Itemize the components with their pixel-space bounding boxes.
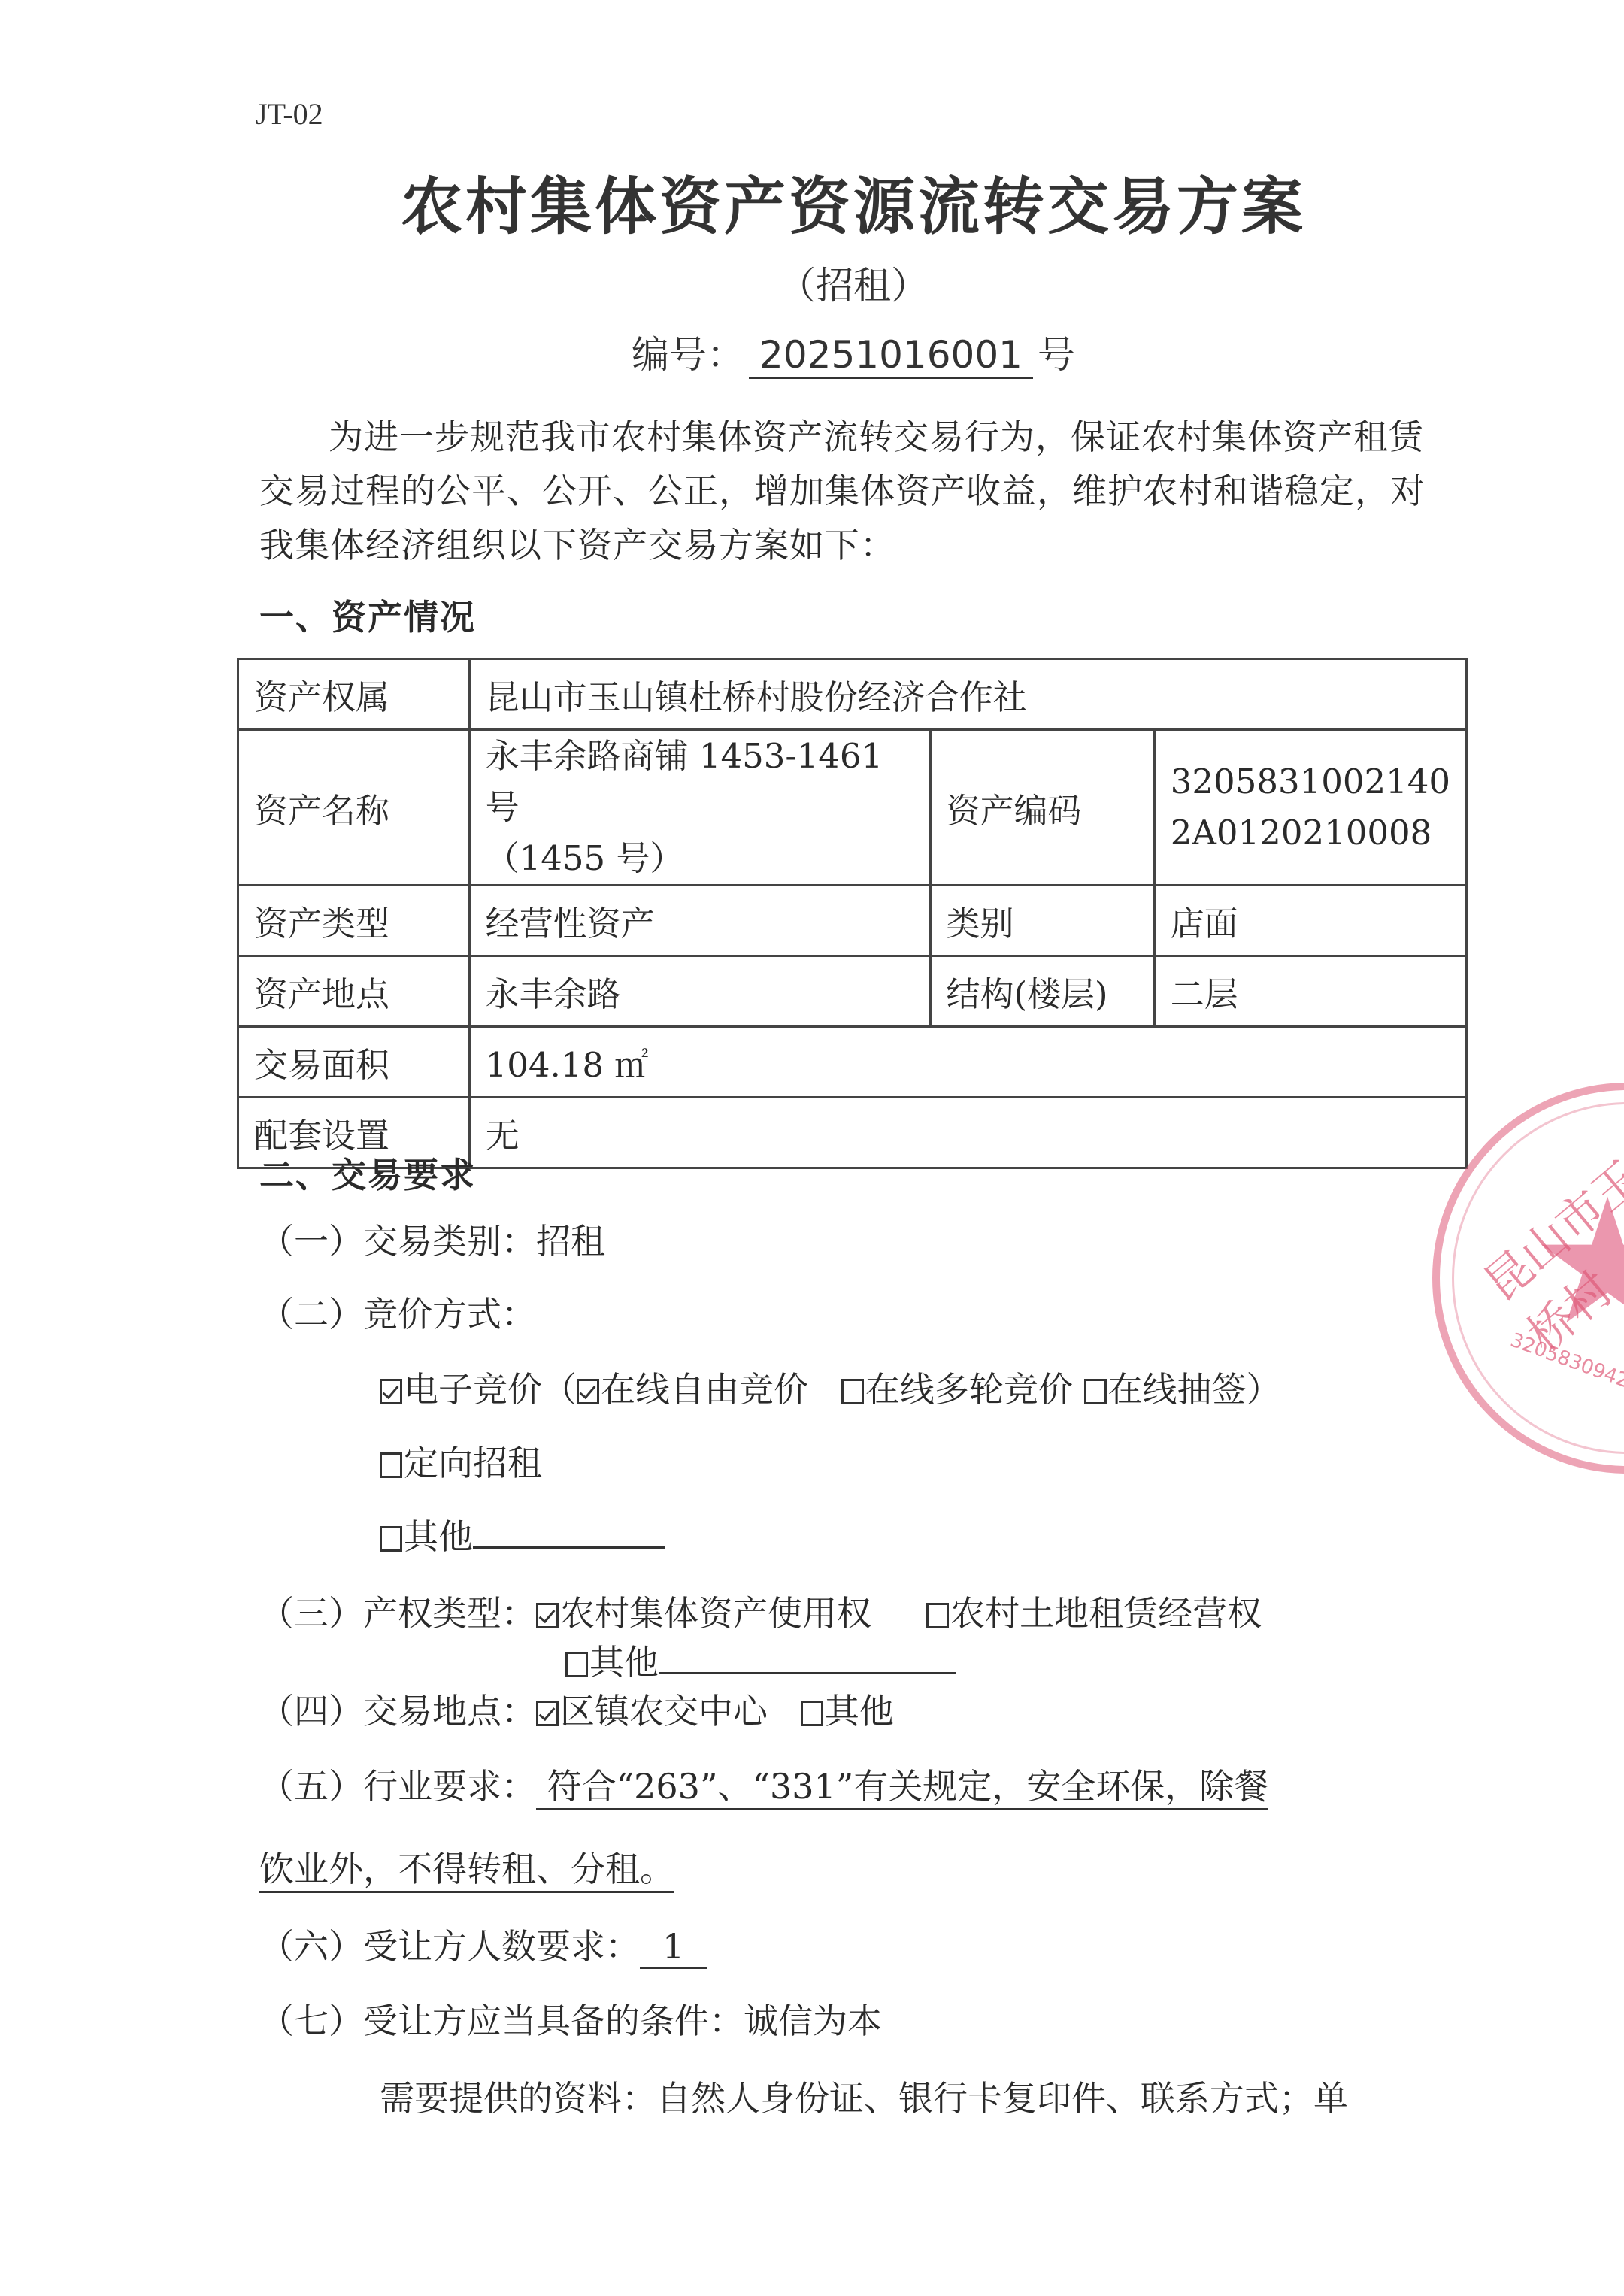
type-label: 资产类型 bbox=[238, 886, 470, 956]
section2-heading: 二、交易要求 bbox=[259, 1148, 476, 1198]
facilities-value: 无 bbox=[469, 1098, 1466, 1168]
location-value: 永丰余路 bbox=[469, 956, 930, 1027]
name-line1: 永丰余路商铺 1453-1461 号 bbox=[486, 731, 914, 833]
item7-value: 诚信为本 bbox=[744, 2001, 882, 2041]
document-title: 农村集体资产资源流转交易方案 bbox=[0, 158, 1624, 246]
intro-paragraph: 为进一步规范我市农村集体资产流转交易行为，保证农村集体资产租赁交易过程的公平、公… bbox=[259, 410, 1447, 572]
checkbox-online-free[interactable] bbox=[577, 1379, 599, 1404]
document-code: JT-02 bbox=[256, 96, 323, 132]
location-label: 资产地点 bbox=[238, 956, 470, 1027]
name-value: 永丰余路商铺 1453-1461 号 （1455 号） bbox=[469, 730, 930, 886]
item1: （一）交易类别：招租 bbox=[259, 1214, 605, 1264]
checkbox-electronic[interactable] bbox=[380, 1379, 402, 1404]
number-label: 编号： bbox=[632, 333, 744, 377]
checkbox-center[interactable] bbox=[536, 1701, 559, 1726]
item5: （五）行业要求： 符合“263”、“331”有关规定，安全环保，除餐 bbox=[259, 1759, 1268, 1809]
option-online-lottery: 在线抽签） bbox=[1108, 1369, 1281, 1410]
option-directed: 定向招租 bbox=[404, 1443, 542, 1483]
section1-heading: 一、资产情况 bbox=[259, 590, 476, 640]
other-blank[interactable] bbox=[473, 1546, 665, 1549]
option-usage-right: 农村集体资产使用权 bbox=[560, 1593, 871, 1634]
item5-line2: 饮业外，不得转租、分租。 bbox=[259, 1842, 674, 1892]
type-value: 经营性资产 bbox=[469, 886, 930, 956]
item3: （三）产权类型：农村集体资产使用权 农村土地租赁经营权 bbox=[259, 1586, 1262, 1636]
item4: （四）交易地点：区镇农交中心 其他 bbox=[259, 1684, 894, 1734]
item7: （七）受让方应当具备的条件：诚信为本 bbox=[259, 1994, 882, 2043]
option-online-free: 在线自由竞价 bbox=[601, 1369, 808, 1410]
item6: （六）受让方人数要求：1 bbox=[259, 1919, 707, 1969]
option-online-multi: 在线多轮竞价 bbox=[865, 1369, 1073, 1410]
directed-option: 定向招租 bbox=[380, 1436, 542, 1486]
structure-value: 二层 bbox=[1154, 956, 1466, 1027]
item3-other: 其他 bbox=[565, 1635, 956, 1685]
checkbox-usage-right[interactable] bbox=[536, 1603, 559, 1628]
table-row: 交易面积 104.18 ㎡ bbox=[238, 1027, 1467, 1098]
other-right-blank[interactable] bbox=[659, 1672, 956, 1674]
checkbox-other-location[interactable] bbox=[801, 1701, 823, 1726]
document-subtitle: （招租） bbox=[0, 256, 1624, 310]
code-value: 3205831002140 2A0120210008 bbox=[1154, 730, 1466, 886]
required-materials: 需要提供的资料：自然人身份证、银行卡复印件、联系方式；单 bbox=[380, 2071, 1348, 2121]
ownership-value: 昆山市玉山镇杜桥村股份经济合作社 bbox=[469, 659, 1466, 730]
name-label: 资产名称 bbox=[238, 730, 470, 886]
area-value: 104.18 ㎡ bbox=[469, 1027, 1466, 1098]
checkbox-land-lease[interactable] bbox=[926, 1603, 949, 1628]
item6-label: （六）受让方人数要求： bbox=[259, 1926, 640, 1967]
category-value: 店面 bbox=[1154, 886, 1466, 956]
item4-label: （四）交易地点： bbox=[259, 1691, 536, 1731]
option-other-location: 其他 bbox=[825, 1691, 894, 1731]
option-other-right: 其他 bbox=[589, 1642, 659, 1683]
option-electronic: 电子竞价（ bbox=[404, 1369, 577, 1410]
option-other: 其他 bbox=[404, 1516, 473, 1557]
item5-label: （五）行业要求： bbox=[259, 1766, 536, 1807]
checkbox-online-multi[interactable] bbox=[841, 1379, 864, 1404]
option-center: 区镇农交中心 bbox=[560, 1691, 768, 1731]
document-number: 编号：20251016001号 bbox=[0, 325, 1624, 379]
checkbox-other-bidding[interactable] bbox=[380, 1526, 402, 1552]
area-label: 交易面积 bbox=[238, 1027, 470, 1098]
item3-label: （三）产权类型： bbox=[259, 1593, 536, 1634]
code-line2: 2A0120210008 bbox=[1171, 807, 1450, 859]
other-bidding-option: 其他 bbox=[380, 1510, 665, 1559]
item5-value-line1: 符合“263”、“331”有关规定，安全环保，除餐 bbox=[536, 1766, 1268, 1810]
ownership-label: 资产权属 bbox=[238, 659, 470, 730]
table-row: 资产权属 昆山市玉山镇杜桥村股份经济合作社 bbox=[238, 659, 1467, 730]
table-row: 资产地点 永丰余路 结构(楼层) 二层 bbox=[238, 956, 1467, 1027]
item5-value-line2: 饮业外，不得转租、分租。 bbox=[259, 1849, 674, 1893]
table-row: 资产类型 经营性资产 类别 店面 bbox=[238, 886, 1467, 956]
item7-label: （七）受让方应当具备的条件： bbox=[259, 2001, 744, 2041]
bidding-options: 电子竞价（在线自由竞价 在线多轮竞价 在线抽签） bbox=[380, 1362, 1281, 1412]
item2-label: （二）竞价方式： bbox=[259, 1287, 536, 1337]
table-row: 资产名称 永丰余路商铺 1453-1461 号 （1455 号） 资产编码 32… bbox=[238, 730, 1467, 886]
item6-value: 1 bbox=[640, 1926, 707, 1969]
category-label: 类别 bbox=[930, 886, 1154, 956]
number-suffix: 号 bbox=[1038, 333, 1075, 377]
checkbox-online-lottery[interactable] bbox=[1084, 1379, 1107, 1404]
checkbox-other-right[interactable] bbox=[565, 1652, 588, 1677]
code-label: 资产编码 bbox=[930, 730, 1154, 886]
structure-label: 结构(楼层) bbox=[930, 956, 1154, 1027]
code-line1: 3205831002140 bbox=[1171, 756, 1450, 807]
checkbox-directed[interactable] bbox=[380, 1452, 402, 1478]
asset-table: 资产权属 昆山市玉山镇杜桥村股份经济合作社 资产名称 永丰余路商铺 1453-1… bbox=[237, 658, 1468, 1169]
item1-value: 招租 bbox=[536, 1221, 605, 1262]
item1-label: （一）交易类别： bbox=[259, 1221, 536, 1262]
number-value: 20251016001 bbox=[749, 333, 1033, 379]
option-land-lease: 农村土地租赁经营权 bbox=[950, 1593, 1262, 1634]
name-line2: （1455 号） bbox=[486, 833, 914, 884]
